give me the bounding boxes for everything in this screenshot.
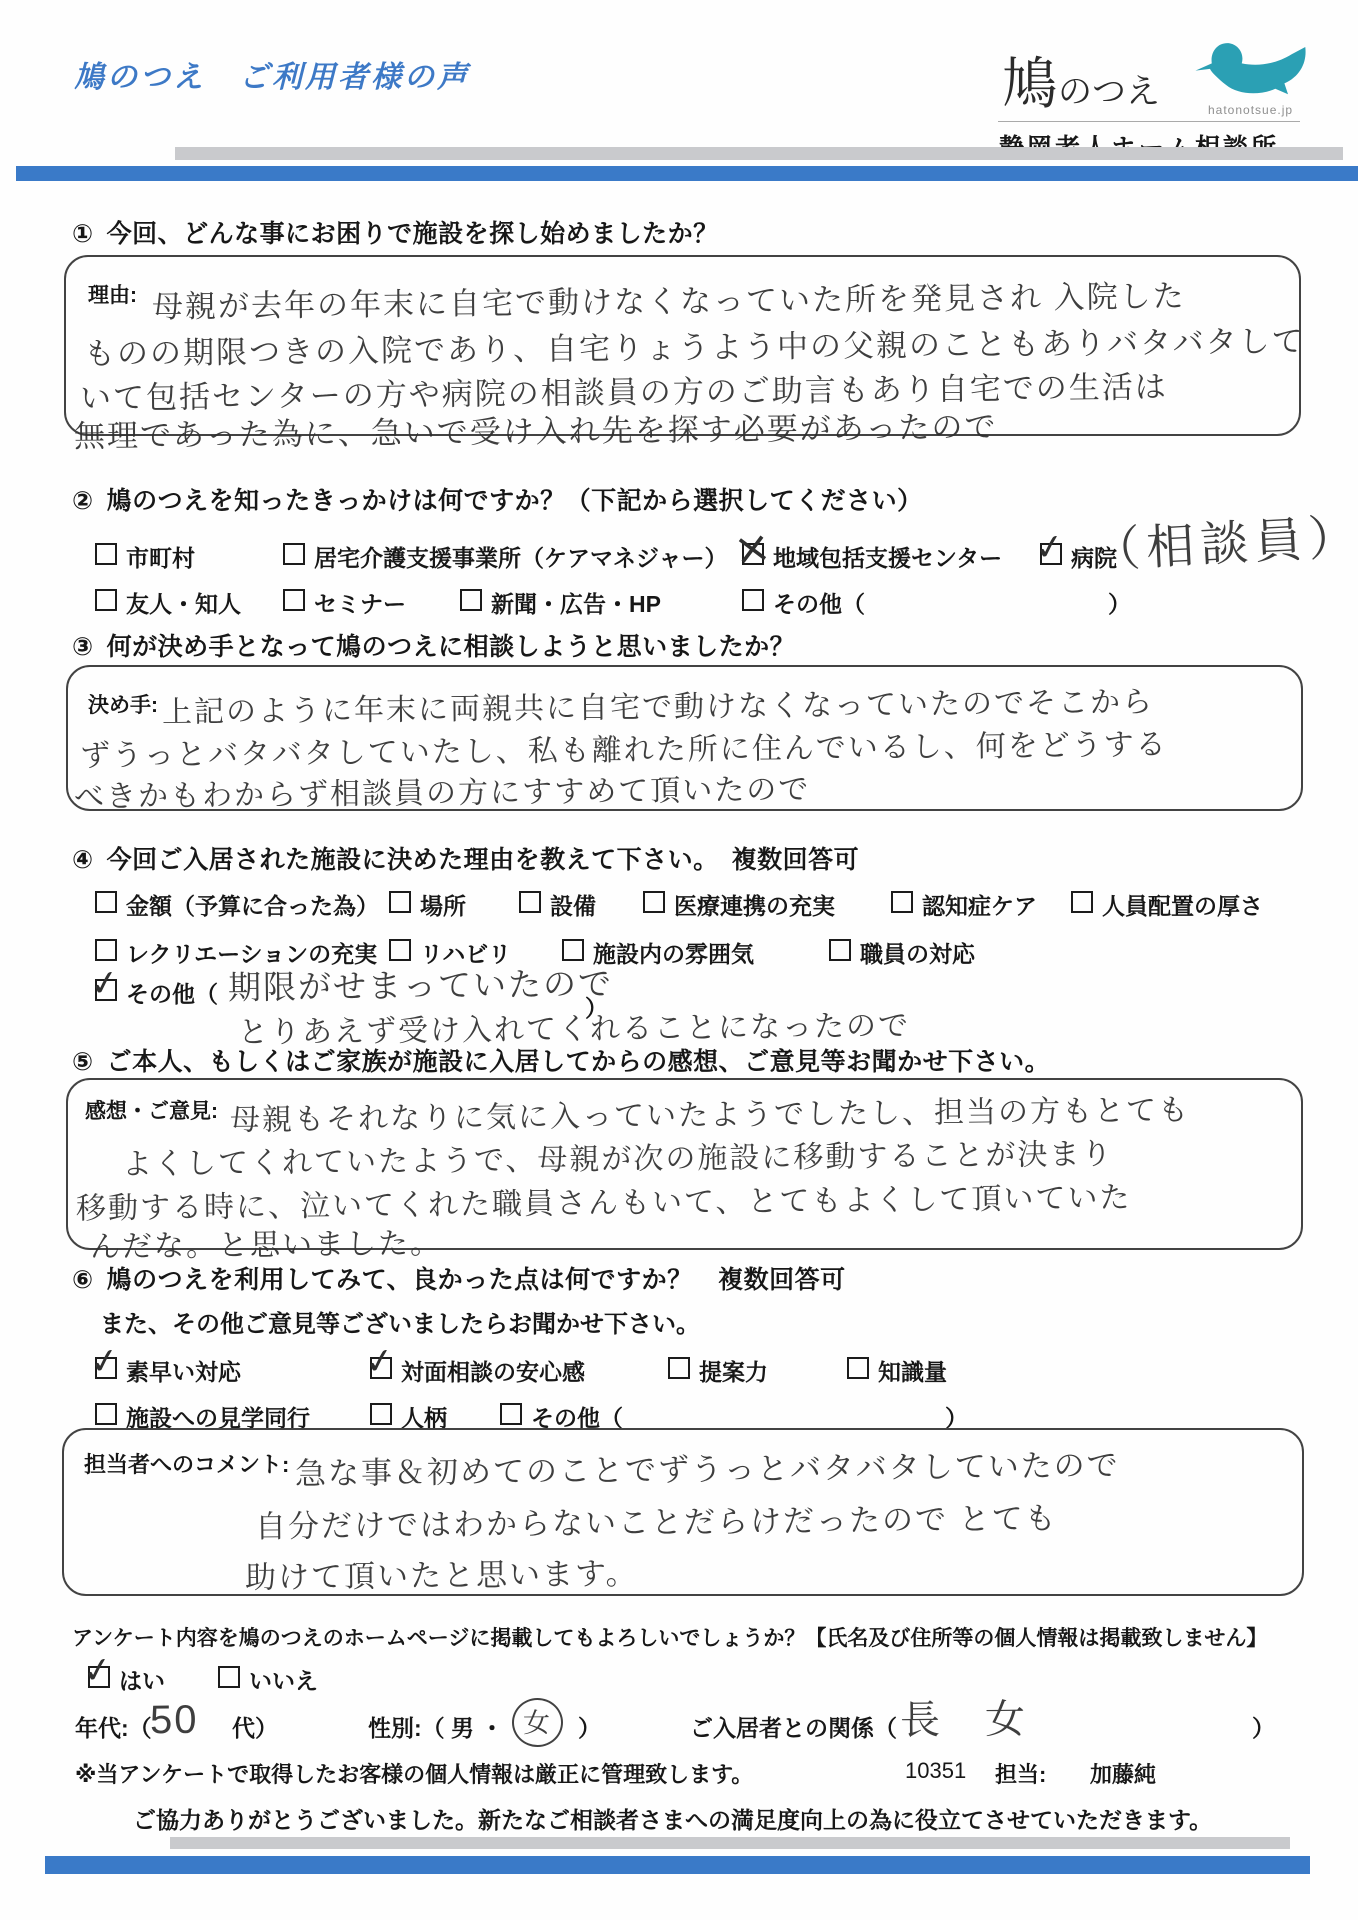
question-3-text: 何が決め手となって鳩のつえに相談しようと思いましたか？ bbox=[107, 633, 796, 661]
profile-relation-prefix: ご入居者との関係（ bbox=[690, 1710, 897, 1743]
publish-question: アンケート内容を鳩のつえのホームページに掲載してもよろしいでしょうか？【氏名及び… bbox=[72, 1622, 1267, 1652]
question-6-subheading: また、その他ご意見等ございましたらお聞かせ下さい。 bbox=[100, 1304, 700, 1339]
staff-name: 加藤純 bbox=[1090, 1758, 1156, 1789]
survey-page: 鳩のつえ ご利用者様の声 鳩のつえ hatonotsue.jp 静岡老人ホーム相… bbox=[0, 0, 1358, 1920]
handwritten-line: 助けて頂いたと思います。 bbox=[245, 1548, 639, 1597]
circled-gender: 女 bbox=[512, 1698, 564, 1748]
checkbox-option[interactable]: 認知症ケア bbox=[891, 888, 1037, 921]
checkbox-option[interactable]: 人員配置の厚さ bbox=[1071, 888, 1263, 921]
checkbox-option[interactable]: ✓ その他（ bbox=[95, 976, 218, 1009]
profile-gender-suffix: ） bbox=[578, 1710, 601, 1743]
question-5-heading: ⑤ご本人、もしくはご家族が施設に入居してからの感想、ご意見等お聞かせ下さい。 bbox=[72, 1042, 1050, 1078]
checkbox[interactable]: ✓ bbox=[1040, 543, 1062, 565]
checkbox[interactable]: ✓ bbox=[88, 1666, 110, 1688]
question-1-heading: ①今回、どんな事にお困りで施設を探し始めましたか？ bbox=[72, 214, 719, 250]
checkmark-icon: ✓ bbox=[363, 1343, 397, 1382]
handwritten-relation: 長女 bbox=[900, 1687, 1071, 1746]
staff-label: 担当: bbox=[995, 1758, 1046, 1789]
question-3-number: ③ bbox=[72, 633, 94, 661]
checkbox-option[interactable]: いいえ bbox=[218, 1663, 318, 1696]
footer-thanks: ご協力ありがとうございました。新たなご相談者さまへの満足度向上の為に役立てさせて… bbox=[133, 1802, 1212, 1835]
checkbox[interactable] bbox=[370, 1403, 392, 1425]
checkbox-option[interactable]: ✓ はい bbox=[88, 1663, 165, 1696]
checkbox[interactable] bbox=[519, 891, 541, 913]
checkbox[interactable] bbox=[643, 891, 665, 913]
checkbox[interactable] bbox=[891, 891, 913, 913]
handwritten-line: べきかもわからず相談員の方にすすめて頂いたので bbox=[74, 764, 811, 816]
checkbox-option[interactable]: 医療連携の充実 bbox=[643, 888, 835, 921]
option-label: 市町村 bbox=[126, 540, 195, 573]
question-5-text: ご本人、もしくはご家族が施設に入居してからの感想、ご意見等お聞かせ下さい。 bbox=[107, 1048, 1051, 1076]
checkbox[interactable] bbox=[95, 891, 117, 913]
checkbox-option[interactable]: 場所 bbox=[389, 888, 466, 921]
option-label: セミナー bbox=[314, 586, 406, 619]
checkbox-option[interactable]: 設備 bbox=[519, 888, 596, 921]
checkbox-option[interactable]: 新聞・広告・HP bbox=[460, 586, 661, 619]
checkbox[interactable] bbox=[95, 589, 117, 611]
question-6-number: ⑥ bbox=[72, 1266, 94, 1294]
handwritten-line: 急な事＆初めてのことでずうっとバタバタしていたので bbox=[295, 1440, 1120, 1494]
checkmark-icon: × bbox=[731, 525, 774, 574]
checkbox[interactable]: × bbox=[742, 543, 764, 565]
brand-domain: hatonotsue.jp bbox=[1208, 103, 1293, 117]
question-1-number: ① bbox=[72, 220, 94, 248]
divider-bar-blue-top bbox=[16, 166, 1358, 181]
checkbox[interactable]: ✓ bbox=[95, 1357, 117, 1379]
option-label: 施設内の雰囲気 bbox=[593, 936, 754, 969]
option-label: 対面相談の安心感 bbox=[401, 1354, 585, 1387]
checkbox-option[interactable]: 居宅介護支援事業所（ケアマネジャー） bbox=[283, 540, 728, 573]
checkbox-option[interactable]: 知識量 bbox=[847, 1354, 947, 1387]
option-label: 医療連携の充実 bbox=[674, 888, 835, 921]
checkbox-option[interactable]: ✓ 対面相談の安心感 bbox=[370, 1354, 585, 1387]
divider-bar-gray-bottom bbox=[170, 1837, 1290, 1849]
option-label: 提案力 bbox=[699, 1354, 768, 1387]
question-4-number: ④ bbox=[72, 846, 94, 874]
option-label: 場所 bbox=[420, 888, 466, 921]
checkbox[interactable] bbox=[847, 1357, 869, 1379]
checkmark-icon: ✓ bbox=[1033, 529, 1067, 568]
checkbox-option[interactable]: × 地域包括支援センター bbox=[742, 540, 1002, 573]
gender-circle: 女 bbox=[512, 1698, 564, 1748]
option-label: 居宅介護支援事業所（ケアマネジャー） bbox=[314, 540, 728, 573]
option-label: 職員の対応 bbox=[860, 936, 975, 969]
option-label: その他（ bbox=[773, 586, 865, 619]
option-label: 新聞・広告・HP bbox=[491, 586, 661, 619]
checkbox-option[interactable]: 友人・知人 bbox=[95, 586, 241, 619]
checkbox-option[interactable]: その他（ bbox=[742, 586, 865, 619]
option-label: 金額（予算に合った為） bbox=[126, 888, 379, 921]
brand-logo: 鳩のつえ bbox=[1002, 40, 1160, 120]
profile-gender-prefix: 性別:（ 男 ・ bbox=[368, 1710, 503, 1743]
option-label: いいえ bbox=[249, 1663, 318, 1696]
question-4-heading: ④今回ご入居された施設に決めた理由を教えて下さい。 複数回答可 bbox=[72, 840, 859, 876]
logo-divider bbox=[998, 121, 1300, 122]
handwritten-other-answer: 期限がせまっていたので bbox=[228, 958, 613, 1009]
checkbox[interactable] bbox=[95, 543, 117, 565]
checkmark-icon: ✓ bbox=[88, 965, 122, 1004]
checkbox[interactable] bbox=[668, 1357, 690, 1379]
handwritten-age: 50 bbox=[150, 1698, 199, 1744]
q1-answer-label: 理由: bbox=[88, 279, 137, 309]
question-3-heading: ③何が決め手となって鳩のつえに相談しようと思いましたか？ bbox=[72, 627, 795, 663]
option-label: はい bbox=[119, 1663, 165, 1696]
question-6-heading: ⑥鳩のつえを利用してみて、良かった点は何ですか？ 複数回答可 bbox=[72, 1260, 846, 1296]
checkbox[interactable] bbox=[283, 589, 305, 611]
checkbox[interactable] bbox=[460, 589, 482, 611]
profile-relation-suffix: ） bbox=[1252, 1710, 1275, 1743]
form-id: 10351 bbox=[905, 1758, 966, 1784]
page-title: 鳩のつえ ご利用者様の声 bbox=[74, 52, 470, 96]
checkbox[interactable]: ✓ bbox=[95, 979, 117, 1001]
question-2-number: ② bbox=[72, 487, 94, 515]
checkbox-option[interactable]: 金額（予算に合った為） bbox=[95, 888, 379, 921]
privacy-note: ※当アンケートで取得したお客様の個人情報は厳正に管理致します。 bbox=[75, 1758, 753, 1789]
checkbox[interactable] bbox=[829, 939, 851, 961]
option-label: 地域包括支援センター bbox=[773, 540, 1002, 573]
option-label: 友人・知人 bbox=[126, 586, 241, 619]
option-label: 素早い対応 bbox=[126, 1354, 241, 1387]
checkbox[interactable] bbox=[283, 543, 305, 565]
profile-age-suffix: 代） bbox=[232, 1710, 278, 1743]
checkbox[interactable] bbox=[500, 1403, 522, 1425]
divider-bar-blue-bottom bbox=[45, 1856, 1310, 1874]
question-5-number: ⑤ bbox=[72, 1048, 94, 1076]
option-label: 人員配置の厚さ bbox=[1102, 888, 1263, 921]
checkbox[interactable]: ✓ bbox=[370, 1357, 392, 1379]
option-label: その他（ bbox=[126, 976, 218, 1009]
q5-answer-label: 感想・ご意見: bbox=[85, 1095, 218, 1125]
checkmark-icon: ✓ bbox=[88, 1343, 122, 1382]
option-label: 認知症ケア bbox=[922, 888, 1037, 921]
checkbox[interactable] bbox=[95, 1403, 117, 1425]
handwritten-line: んだな。と思いました。 bbox=[90, 1218, 442, 1266]
checkbox[interactable] bbox=[389, 939, 411, 961]
handwritten-annotation: （相談員） bbox=[1090, 498, 1358, 581]
question-1-text: 今回、どんな事にお困りで施設を探し始めましたか？ bbox=[107, 220, 719, 248]
checkbox-option[interactable]: 提案力 bbox=[668, 1354, 768, 1387]
checkbox-option[interactable]: セミナー bbox=[283, 586, 406, 619]
checkbox[interactable] bbox=[95, 939, 117, 961]
checkbox-option[interactable]: 職員の対応 bbox=[829, 936, 975, 969]
checkbox[interactable] bbox=[218, 1666, 240, 1688]
handwritten-line: 自分だけではわからないことだらけだったので とても bbox=[255, 1493, 1058, 1546]
checkbox[interactable] bbox=[742, 589, 764, 611]
checkbox-option[interactable]: 市町村 bbox=[95, 540, 195, 573]
handwritten-line: 無理であった為に、急いで受け入れ先を探す必要があったので bbox=[74, 401, 998, 456]
comment-label: 担当者へのコメント: bbox=[84, 1448, 289, 1479]
question-4-text: 今回ご入居された施設に決めた理由を教えて下さい。 複数回答可 bbox=[107, 846, 860, 874]
checkbox[interactable] bbox=[389, 891, 411, 913]
option-label: 知識量 bbox=[878, 1354, 947, 1387]
brand-name-main: 鳩 bbox=[1002, 52, 1058, 115]
checkbox[interactable] bbox=[1071, 891, 1093, 913]
question-2-heading: ②鳩のつえを知ったきっかけは何ですか？（下記から選択してください） bbox=[72, 481, 923, 517]
question-6-text: 鳩のつえを利用してみて、良かった点は何ですか？ 複数回答可 bbox=[107, 1266, 846, 1294]
other-close-paren: ） bbox=[1108, 586, 1131, 619]
brand-name-rest: のつえ bbox=[1058, 73, 1160, 111]
divider-bar-gray-top bbox=[175, 147, 1343, 160]
checkbox-option[interactable]: ✓ 素早い対応 bbox=[95, 1354, 241, 1387]
profile-age-prefix: 年代:（ bbox=[75, 1710, 152, 1743]
checkmark-icon: ✓ bbox=[81, 1652, 115, 1691]
option-label: 設備 bbox=[550, 888, 596, 921]
q3-answer-label: 決め手: bbox=[88, 689, 158, 719]
question-2-text: 鳩のつえを知ったきっかけは何ですか？（下記から選択してください） bbox=[107, 487, 923, 515]
